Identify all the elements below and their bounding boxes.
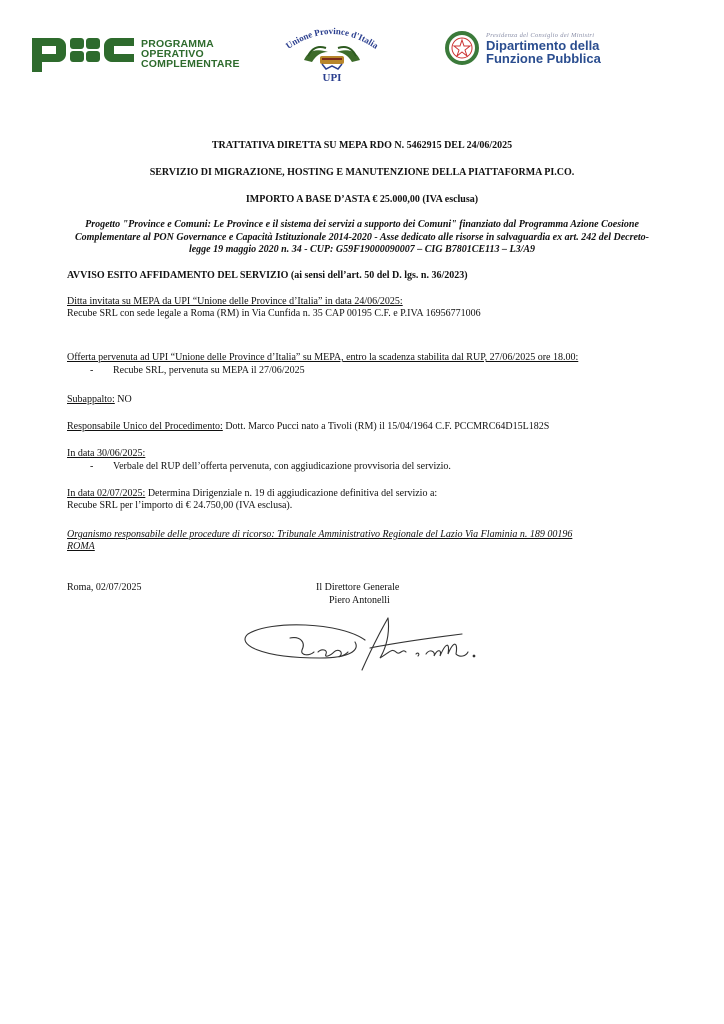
rup-label: Responsabile Unico del Procedimento: <box>67 421 223 432</box>
project-intro: Progetto "Province e Comuni: Le Province… <box>66 219 658 257</box>
title-line-2: SERVIZIO DI MIGRAZIONE, HOSTING E MANUTE… <box>0 167 724 178</box>
upi-crown-icon <box>300 42 364 72</box>
date2-label: In data 02/07/2025: <box>67 488 145 499</box>
poc-line-3: COMPLEMENTARE <box>141 59 240 69</box>
date1-item-text: Verbale del RUP dell’offerta pervenuta, … <box>113 461 451 472</box>
date1-label: In data 30/06/2025: <box>67 448 145 461</box>
title-line-3: IMPORTO A BASE D’ASTA € 25.000,00 (IVA e… <box>0 194 724 205</box>
date1-item: -Verbale del RUP dell’offerta pervenuta,… <box>90 461 451 474</box>
dfp-line-1: Dipartimento della <box>486 39 601 52</box>
upi-label: UPI <box>282 72 382 84</box>
date2-text: Determina Dirigenziale n. 19 di aggiudic… <box>145 488 437 499</box>
dfp-line-2: Funzione Pubblica <box>486 52 601 65</box>
invited-label: Ditta invitata su MEPA da UPI “Unione de… <box>67 296 403 309</box>
poc-logo-text: PROGRAMMA OPERATIVO COMPLEMENTARE <box>141 39 240 69</box>
title-line-1: TRATTATIVA DIRETTA SU MEPA RDO N. 546291… <box>0 140 724 151</box>
subcontract-label: Subappalto: <box>67 394 115 405</box>
poc-logo-mark-icon <box>30 34 135 74</box>
subcontract-value: NO <box>115 394 132 405</box>
signature-icon <box>240 612 490 682</box>
rup-value: Dott. Marco Pucci nato a Tivoli (RM) il … <box>223 421 549 432</box>
offer-item-text: Recube SRL, pervenuta su MEPA il 27/06/2… <box>113 365 305 376</box>
poc-logo: PROGRAMMA OPERATIVO COMPLEMENTARE <box>30 34 240 74</box>
offer-label: Offerta pervenuta ad UPI “Unione delle P… <box>67 352 578 365</box>
subcontract-row: Subappalto: NO <box>67 394 132 407</box>
appeal-line-1: Organismo responsabile delle procedure d… <box>67 529 572 542</box>
italian-emblem-icon <box>442 30 482 66</box>
appeal-line-2: ROMA <box>67 541 95 554</box>
dfp-logo: Presidenza del Consiglio dei Ministri Di… <box>442 30 601 66</box>
date2-row: In data 02/07/2025: Determina Dirigenzia… <box>67 488 437 501</box>
rup-row: Responsabile Unico del Procedimento: Dot… <box>67 421 549 434</box>
date2-award: Recube SRL per l’importo di € 24.750,00 … <box>67 500 292 513</box>
place-date: Roma, 02/07/2025 <box>67 582 141 595</box>
upi-logo: Unione Province d'Italia UPI <box>282 22 382 92</box>
signer-name: Piero Antonelli <box>329 595 390 608</box>
signer-role: Il Direttore Generale <box>316 582 399 595</box>
notice-heading: AVVISO ESITO AFFIDAMENTO DEL SERVIZIO (a… <box>67 270 468 283</box>
invited-text: Recube SRL con sede legale a Roma (RM) i… <box>67 308 481 321</box>
offer-item: -Recube SRL, pervenuta su MEPA il 27/06/… <box>90 365 305 378</box>
